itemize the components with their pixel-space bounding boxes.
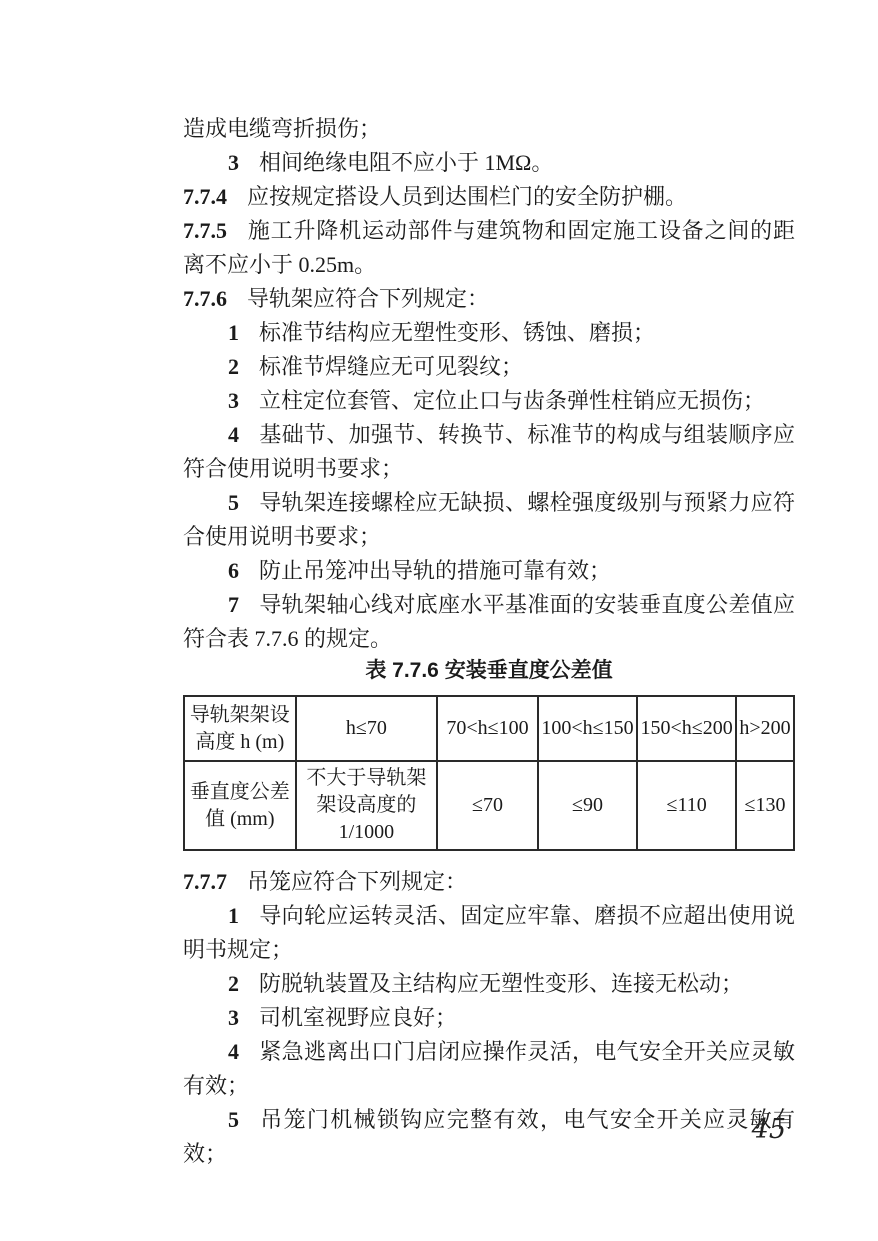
- item-number: 3: [228, 1005, 239, 1030]
- list-item: 3立柱定位套管、定位止口与齿条弹性柱销应无损伤；: [183, 384, 795, 418]
- clause-7-7-4: 7.7.4应按规定搭设人员到达围栏门的安全防护棚。: [183, 180, 795, 214]
- table-header-cell: 100<h≤150: [538, 696, 637, 761]
- list-item: 1导向轮应运转灵活、固定应牢靠、磨损不应超出使用说明书规定；: [183, 899, 795, 967]
- list-item: 1标准节结构应无塑性变形、锈蚀、磨损；: [183, 316, 795, 350]
- list-item: 2标准节焊缝应无可见裂纹；: [183, 350, 795, 384]
- item-text: 标准节结构应无塑性变形、锈蚀、磨损；: [259, 320, 655, 345]
- clause-number: 7.7.5: [183, 218, 227, 243]
- text-content: 造成电缆弯折损伤； 3相间绝缘电阻不应小于 1MΩ。 7.7.4应按规定搭设人员…: [183, 112, 795, 1171]
- item-number: 2: [228, 354, 239, 379]
- clause-7-7-7: 7.7.7吊笼应符合下列规定：: [183, 865, 795, 899]
- clause-text: 施工升降机运动部件与建筑物和固定施工设备之间的距离不应小于 0.25m。: [183, 218, 795, 277]
- item-number: 1: [228, 320, 239, 345]
- item-number: 2: [228, 971, 239, 996]
- table-cell: ≤70: [437, 761, 538, 850]
- item-number: 5: [228, 490, 239, 515]
- clause-text: 导轨架应符合下列规定：: [247, 286, 489, 311]
- table-header-cell: h≤70: [296, 696, 438, 761]
- item-text: 导轨架轴心线对底座水平基准面的安装垂直度公差值应符合表 7.7.6 的规定。: [183, 592, 795, 651]
- item-text: 防止吊笼冲出导轨的措施可靠有效；: [259, 558, 611, 583]
- paragraph-continuation: 造成电缆弯折损伤；: [183, 112, 795, 146]
- list-item: 2防脱轨装置及主结构应无塑性变形、连接无松动；: [183, 967, 795, 1001]
- table-caption: 表 7.7.6 安装垂直度公差值: [183, 656, 795, 686]
- table-cell: 不大于导轨架架设高度的 1/1000: [296, 761, 438, 850]
- clause-number: 7.7.6: [183, 286, 227, 311]
- document-page: 造成电缆弯折损伤； 3相间绝缘电阻不应小于 1MΩ。 7.7.4应按规定搭设人员…: [0, 0, 878, 1241]
- item-number: 5: [228, 1107, 239, 1132]
- tolerance-table: 导轨架架设高度 h (m) h≤70 70<h≤100 100<h≤150 15…: [183, 695, 795, 851]
- item-text: 基础节、加强节、转换节、标准节的构成与组装顺序应符合使用说明书要求；: [183, 422, 795, 481]
- list-item: 3相间绝缘电阻不应小于 1MΩ。: [183, 146, 795, 180]
- item-number: 3: [228, 150, 239, 175]
- item-text: 相间绝缘电阻不应小于 1MΩ。: [259, 150, 553, 175]
- table-header-cell: 70<h≤100: [437, 696, 538, 761]
- table-row: 导轨架架设高度 h (m) h≤70 70<h≤100 100<h≤150 15…: [184, 696, 794, 761]
- clause-number: 7.7.4: [183, 184, 227, 209]
- item-text: 吊笼门机械锁钩应完整有效，电气安全开关应灵敏有效；: [183, 1107, 795, 1166]
- table-row: 垂直度公差值 (mm) 不大于导轨架架设高度的 1/1000 ≤70 ≤90 ≤…: [184, 761, 794, 850]
- list-item: 4紧急逃离出口门启闭应操作灵活，电气安全开关应灵敏有效；: [183, 1035, 795, 1103]
- item-number: 7: [228, 592, 239, 617]
- item-number: 1: [228, 903, 239, 928]
- item-text: 司机室视野应良好；: [259, 1005, 457, 1030]
- page-number: 45: [752, 1114, 786, 1145]
- clause-7-7-5: 7.7.5施工升降机运动部件与建筑物和固定施工设备之间的距离不应小于 0.25m…: [183, 214, 795, 282]
- table-header-cell: h>200: [736, 696, 794, 761]
- clause-text: 吊笼应符合下列规定：: [247, 869, 467, 894]
- table-cell: 垂直度公差值 (mm): [184, 761, 296, 850]
- item-text: 紧急逃离出口门启闭应操作灵活，电气安全开关应灵敏有效；: [183, 1039, 795, 1098]
- list-item: 6防止吊笼冲出导轨的措施可靠有效；: [183, 554, 795, 588]
- list-item: 4基础节、加强节、转换节、标准节的构成与组装顺序应符合使用说明书要求；: [183, 418, 795, 486]
- clause-text: 应按规定搭设人员到达围栏门的安全防护棚。: [247, 184, 687, 209]
- item-text: 导轨架连接螺栓应无缺损、螺栓强度级别与预紧力应符合使用说明书要求；: [183, 490, 795, 549]
- list-item: 5吊笼门机械锁钩应完整有效，电气安全开关应灵敏有效；: [183, 1103, 795, 1171]
- item-number: 3: [228, 388, 239, 413]
- clause-7-7-6: 7.7.6导轨架应符合下列规定：: [183, 282, 795, 316]
- item-number: 4: [228, 422, 239, 447]
- table-cell: ≤90: [538, 761, 637, 850]
- table-cell: ≤130: [736, 761, 794, 850]
- item-text: 立柱定位套管、定位止口与齿条弹性柱销应无损伤；: [259, 388, 765, 413]
- item-text: 防脱轨装置及主结构应无塑性变形、连接无松动；: [259, 971, 743, 996]
- table-header-cell: 导轨架架设高度 h (m): [184, 696, 296, 761]
- item-text: 导向轮应运转灵活、固定应牢靠、磨损不应超出使用说明书规定；: [183, 903, 795, 962]
- list-item: 7导轨架轴心线对底座水平基准面的安装垂直度公差值应符合表 7.7.6 的规定。: [183, 588, 795, 656]
- clause-number: 7.7.7: [183, 869, 227, 894]
- table-cell: ≤110: [637, 761, 736, 850]
- item-text: 标准节焊缝应无可见裂纹；: [259, 354, 523, 379]
- table-header-cell: 150<h≤200: [637, 696, 736, 761]
- paragraph-text: 造成电缆弯折损伤；: [183, 116, 381, 141]
- item-number: 4: [228, 1039, 239, 1064]
- list-item: 3司机室视野应良好；: [183, 1001, 795, 1035]
- item-number: 6: [228, 558, 239, 583]
- list-item: 5导轨架连接螺栓应无缺损、螺栓强度级别与预紧力应符合使用说明书要求；: [183, 486, 795, 554]
